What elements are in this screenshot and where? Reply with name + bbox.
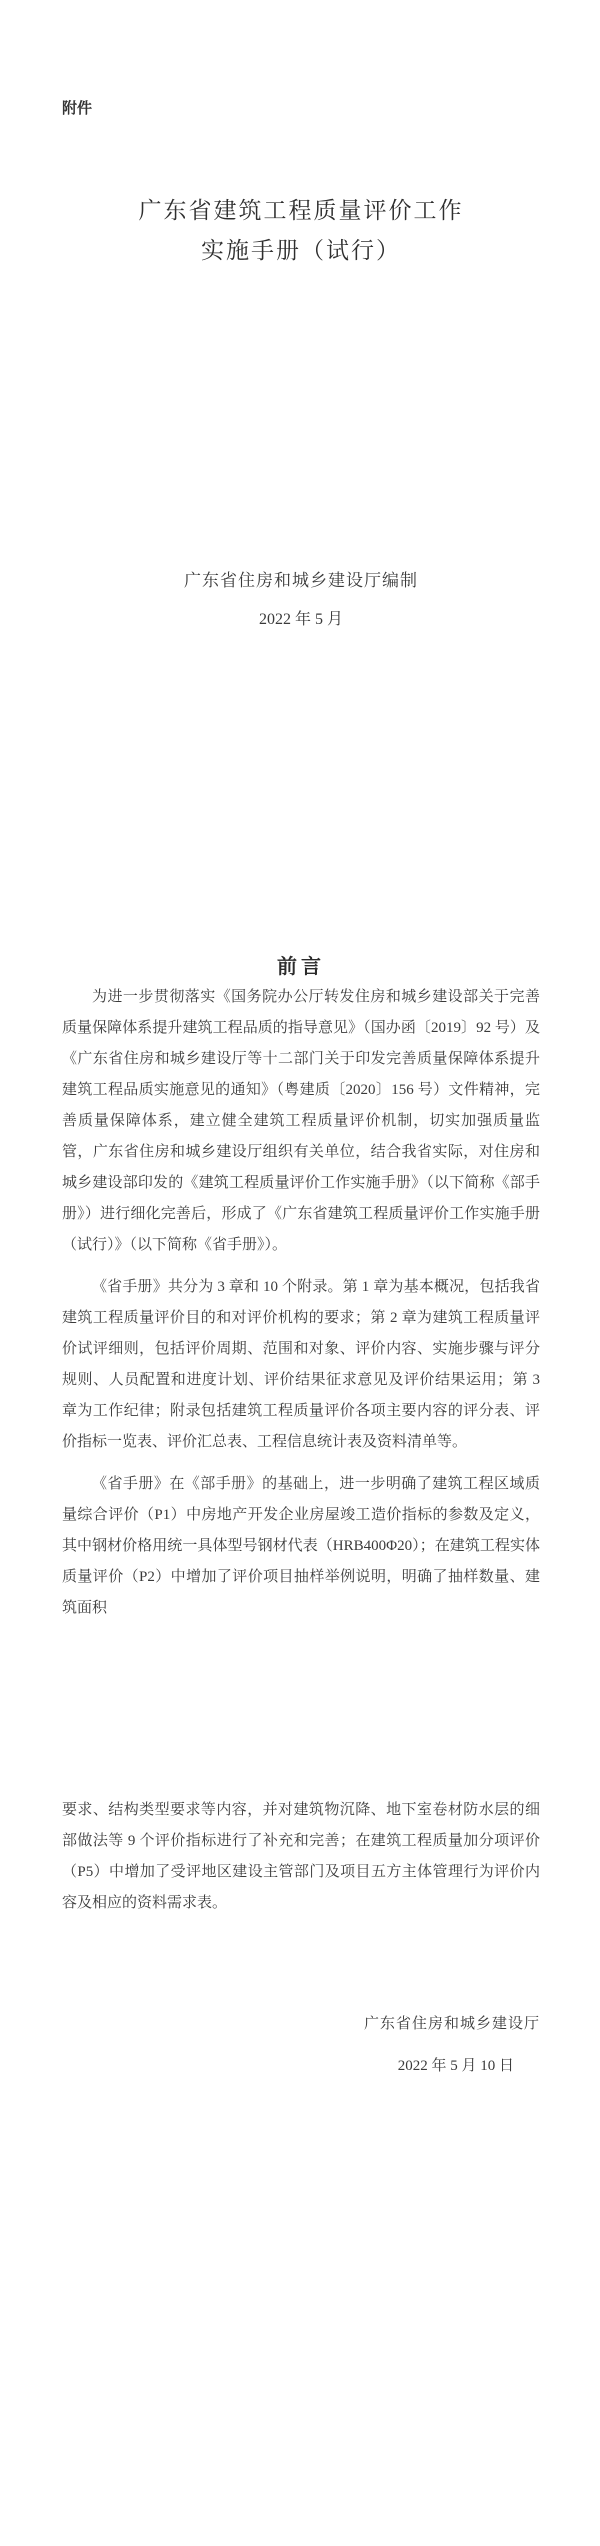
compiler-line: 广东省住房和城乡建设厅编制: [62, 566, 540, 591]
document-title-line2: 实施手册（试行）: [62, 230, 540, 270]
preface-paragraph-3: 《省手册》在《部手册》的基础上，进一步明确了建筑工程区域质量综合评价（P1）中房…: [62, 1469, 540, 1624]
preface-body: 为进一步贯彻落实《国务院办公厅转发住房和城乡建设部关于完善质量保障体系提升建筑工…: [62, 982, 540, 1624]
preface-paragraph-1: 为进一步贯彻落实《国务院办公厅转发住房和城乡建设部关于完善质量保障体系提升建筑工…: [62, 982, 540, 1261]
signature-date: 2022 年 5 月 10 日: [62, 2054, 540, 2075]
attachment-label: 附件: [62, 97, 92, 118]
preface-continuation: 要求、结构类型要求等内容，并对建筑物沉降、地下室卷材防水层的细部做法等 9 个评…: [62, 1795, 540, 1919]
cover-date: 2022 年 5 月: [62, 606, 540, 629]
document-title: 广东省建筑工程质量评价工作 实施手册（试行）: [62, 190, 540, 270]
signature-organization: 广东省住房和城乡建设厅: [62, 2012, 540, 2033]
preface-paragraph-3-continued: 要求、结构类型要求等内容，并对建筑物沉降、地下室卷材防水层的细部做法等 9 个评…: [62, 1795, 540, 1919]
document-title-line1: 广东省建筑工程质量评价工作: [62, 190, 540, 230]
document-page: { "document": { "colors": { "background"…: [0, 0, 600, 2546]
preface-paragraph-2: 《省手册》共分为 3 章和 10 个附录。第 1 章为基本概况，包括我省建筑工程…: [62, 1272, 540, 1458]
preface-heading: 前言: [62, 950, 540, 979]
